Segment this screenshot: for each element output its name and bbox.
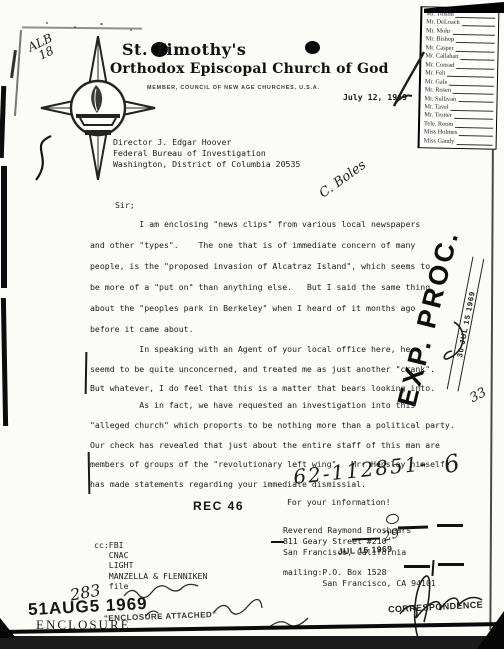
left-edge-artifact (1, 298, 8, 426)
handwritten-s-mark (24, 132, 56, 186)
body-line: seemd to be quite unconcerned, and treat… (90, 360, 435, 380)
cc-line: CNAC (94, 550, 207, 560)
left-edge-artifact (14, 30, 22, 116)
body-line: about the "peoples park in Berkeley" whe… (90, 298, 430, 319)
handwritten-loop (440, 318, 470, 364)
corner-fold (0, 618, 16, 638)
stamp-bar (438, 563, 464, 566)
body-line: and other "types". The one that is of im… (90, 235, 430, 256)
scanned-letter-page: St. Timothy's Orthodox Episcopal Church … (0, 0, 504, 649)
rec-stamp: REC 46 (193, 499, 244, 513)
top-edge-artifact (22, 26, 142, 29)
punch-hole (305, 41, 320, 54)
salutation: Sir; (115, 200, 135, 210)
cc-line: LIGHT (94, 560, 207, 570)
handwritten-initials: C. Boles (317, 158, 369, 202)
body-line: be more of a "put on" than anything else… (90, 277, 430, 298)
scan-speckle (74, 26, 76, 28)
handwritten-oval (385, 513, 400, 525)
cc-line: MANZELLA & FLENNIKEN (94, 571, 207, 581)
bottom-scan-band (0, 636, 504, 649)
scan-speckle (130, 29, 132, 31)
scan-speckle (100, 23, 103, 25)
cc-line: cc:FBI (94, 540, 207, 550)
membership-line: MEMBER, COUNCIL OF NEW AGE CHURCHES, U.S… (147, 85, 320, 91)
body-line: Our check has revealed that just about t… (90, 436, 455, 456)
recipient-address-line: Director J. Edgar Hoover (113, 137, 300, 148)
scan-speckle (46, 22, 48, 24)
church-name: St. Timothy's (122, 40, 246, 59)
recipient-address-line: Washington, District of Columbia 20535 (113, 159, 300, 170)
body-line: "alleged church" which proports to be no… (90, 416, 455, 436)
body-paragraph-2: In speaking with an Agent of your local … (90, 340, 435, 399)
body-line: I am enclosing "news clips" from various… (90, 214, 430, 235)
body-line: In speaking with an Agent of your local … (90, 340, 435, 360)
handwritten-33: 33 (467, 385, 489, 406)
closing-line: For your information! (287, 497, 391, 507)
stamp-bar (271, 541, 284, 543)
signature-scribble (390, 570, 490, 642)
handwritten-29: 29 (381, 526, 401, 545)
recipient-address-line: Federal Bureau of Investigation (113, 148, 300, 159)
recipient-address: Director J. Edgar HooverFederal Bureau o… (113, 137, 300, 169)
body-line: people, is the "proposed invasion of Alc… (90, 256, 430, 277)
body-line: before it came about. (90, 319, 430, 340)
date-line: July 12, 1969 (343, 92, 407, 102)
body-paragraph-1: I am enclosing "news clips" from various… (90, 214, 430, 340)
body-line: has made statements regarding your immed… (90, 475, 455, 495)
left-edge-artifact (1, 166, 7, 288)
routing-name: Miss Gandy (424, 137, 494, 147)
church-name-line2: Orthodox Episcopal Church of God (110, 61, 389, 77)
stamp-bar (437, 524, 463, 527)
margin-mark (85, 352, 87, 394)
stamp-bar (398, 525, 428, 529)
left-edge-artifact (0, 86, 6, 158)
